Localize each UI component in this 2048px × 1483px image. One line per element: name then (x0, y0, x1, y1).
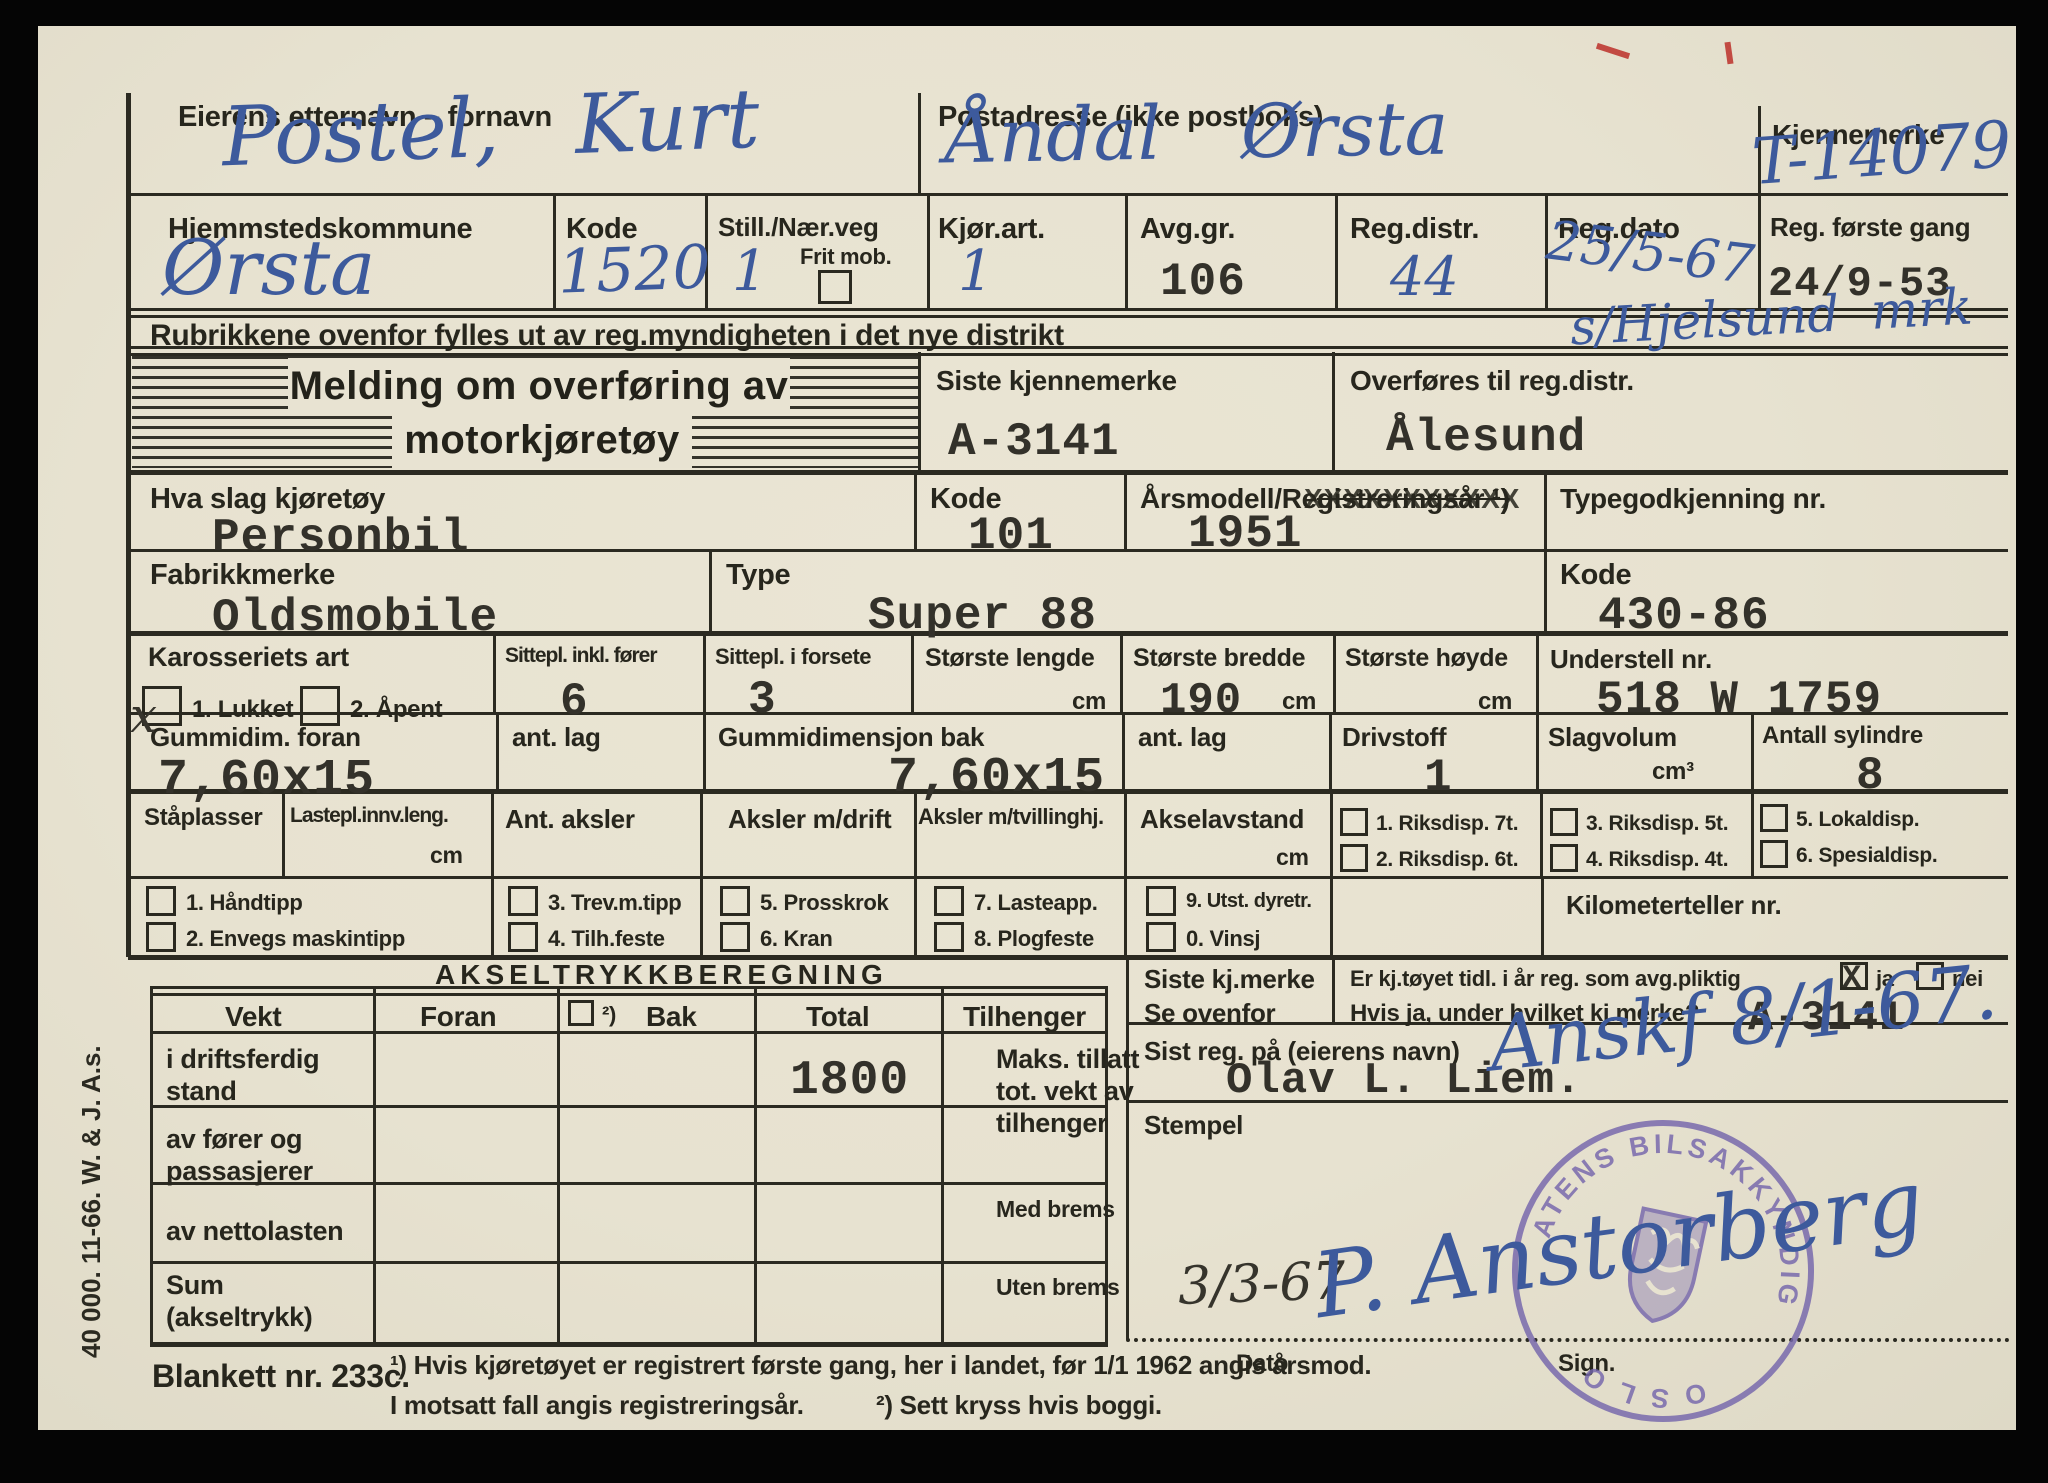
akselavstand-unit: cm (1276, 844, 1309, 871)
bredde-value: 190 (1160, 676, 1242, 726)
vehicle-kode-value: 101 (968, 510, 1054, 562)
uten-brems-label: Uten brems (996, 1274, 1120, 1301)
rule-h (128, 470, 2008, 475)
gummi-bak-label: Gummidimensjon bak (718, 722, 984, 753)
rule-v (918, 93, 921, 193)
gummi-foran-value: 7,60x15 (158, 752, 375, 809)
ant-lag2-label: ant. lag (1138, 722, 1227, 753)
rule-v (700, 791, 703, 876)
rule-v (491, 878, 494, 955)
rule-h (128, 876, 2008, 879)
type-label: Type (726, 558, 790, 592)
footnote-1: ¹) Hvis kjøretøyet er registrert første … (390, 1350, 1371, 1381)
kran-label: 6. Kran (760, 926, 832, 952)
kran-checkbox (720, 922, 750, 952)
gummi-foran-label: Gummidim. foran (150, 722, 361, 753)
rule-v (703, 633, 706, 712)
tilhenger-note: Maks. tillatt tot. vekt av tilhenger (996, 1044, 1139, 1140)
rule-v (700, 878, 703, 955)
rule-v (1330, 791, 1333, 876)
table-row1-label: i driftsferdig stand (166, 1044, 319, 1108)
form-title-line1: Melding om overføring av (288, 358, 790, 414)
blankett-number: Blankett nr. 233c. (152, 1358, 410, 1396)
kode-handwriting: 1520 (557, 237, 712, 302)
rule-v (1126, 957, 1129, 1340)
dyretr-checkbox (1146, 886, 1176, 916)
drift-label: Aksler m/drift (728, 804, 891, 835)
frit-mob-checkbox (818, 270, 852, 304)
siste-kjmerke-label: Siste kj.merke (1144, 964, 1315, 995)
still-handwriting: 1 (732, 244, 768, 300)
rule-v (1751, 791, 1754, 876)
envegs-label: 2. Envegs maskintipp (186, 926, 405, 952)
kode2-label: Kode (1560, 558, 1631, 592)
plate-handwriting: T-14079 (1750, 113, 2013, 195)
regdistr-label: Reg.distr. (1350, 212, 1479, 246)
sylindre-label: Antall sylindre (1762, 722, 1923, 750)
rule-v (703, 714, 706, 789)
address-handwriting: Åndal Ørsta (944, 92, 1449, 175)
rule-v (709, 551, 712, 631)
kilometerteller-label: Kilometerteller nr. (1566, 890, 1781, 921)
rule-v (1536, 714, 1539, 789)
regforste-label: Reg. første gang (1770, 212, 1970, 243)
rule-v (941, 986, 944, 1344)
frit-mob-label: Frit mob. (800, 244, 891, 270)
lasteapp-label: 7. Lasteapp. (974, 890, 1098, 916)
understell-value: 518 W 1759 (1596, 674, 1882, 726)
typegodkjenning-label: Typegodkjenning nr. (1560, 482, 1826, 515)
slagvolum-label: Slagvolum (1548, 722, 1677, 753)
table-header-foran: Foran (420, 1000, 496, 1033)
lokaldisp-checkbox (1760, 804, 1788, 832)
rule-v (1330, 878, 1333, 955)
handtipp-checkbox (146, 886, 176, 916)
table-row4-label: Sum (akseltrykk) (166, 1270, 313, 1334)
drivstoff-label: Drivstoff (1342, 722, 1446, 753)
table-header-tilhenger: Tilhenger (963, 1000, 1086, 1033)
hoyde-unit: cm (1478, 688, 1512, 716)
rule-v (1332, 352, 1335, 470)
kode2-value: 430-86 (1598, 590, 1770, 642)
rule-v (1329, 714, 1332, 789)
rule-v (1122, 714, 1125, 789)
sitte2-label: Sittepl. i forsete (715, 644, 871, 670)
spesialdisp-checkbox (1760, 840, 1788, 868)
riksdisp5-checkbox (1550, 808, 1578, 836)
lengde-label: Største lengde (925, 644, 1094, 674)
riksdisp6-checkbox (1340, 844, 1368, 872)
owner-handwriting: Postel, Kurt (221, 79, 761, 180)
kommune-handwriting: Ørsta (162, 230, 376, 306)
bredde-unit: cm (1282, 688, 1316, 716)
sitte1-value: 6 (560, 676, 589, 728)
lengde-unit: cm (1072, 688, 1106, 716)
print-imprint-text: 40 000. 11-66. W. & J. A.s. (76, 1045, 107, 1358)
rule-v (914, 878, 917, 955)
rule-v (493, 633, 496, 712)
overfores-label: Overføres til reg.distr. (1350, 364, 1634, 397)
rule-h (150, 1261, 1108, 1264)
gummi-bak-value: 7,60x15 (888, 750, 1105, 807)
table-header-total: Total (806, 1000, 869, 1033)
rule-v (1541, 878, 1544, 955)
vinsj-checkbox (1146, 922, 1176, 952)
rule-v (1120, 633, 1123, 712)
avggr-value: 106 (1160, 256, 1246, 308)
lastepl-label: Lastepl.innv.leng. (290, 804, 448, 829)
rule-h (150, 1342, 1108, 1347)
ant-lag1-label: ant. lag (512, 722, 601, 753)
riksdisp5-label: 3. Riksdisp. 5t. (1586, 812, 1728, 837)
sitte2-value: 3 (748, 674, 777, 726)
notice-text: Rubrikkene ovenfor fylles ut av reg.mynd… (150, 318, 1064, 353)
akseltrykk-title: AKSELTRYKKBEREGNING (435, 958, 888, 991)
regdistr-handwriting: 44 (1390, 250, 1459, 304)
rule-h (128, 955, 2008, 960)
lokaldisp-label: 5. Lokaldisp. (1796, 808, 1919, 833)
form-title-line2: motorkjøretøy (392, 412, 692, 468)
lukket-label: 1. Lukket (192, 696, 293, 724)
kjorart-handwriting: 1 (958, 244, 994, 300)
type-value: Super 88 (868, 590, 1097, 642)
apent-checkbox (300, 686, 340, 726)
lasteapp-checkbox (934, 886, 964, 916)
lastepl-unit: cm (430, 842, 463, 869)
rule-v (557, 986, 560, 1344)
rule-v (1335, 196, 1338, 310)
table-header-bak: Bak (646, 1000, 696, 1033)
plogfeste-label: 8. Plogfeste (974, 926, 1094, 952)
table-header-vekt: Vekt (225, 1000, 281, 1033)
fabrikk-label: Fabrikkmerke (150, 558, 335, 592)
riksdisp4-label: 4. Riksdisp. 4t. (1586, 848, 1728, 873)
tilhfeste-checkbox (508, 922, 538, 952)
rule-v (914, 474, 917, 549)
apent-label: 2. Åpent (350, 696, 442, 724)
table-row3-label: av nettolasten (166, 1216, 343, 1248)
sylindre-value: 8 (1856, 750, 1885, 802)
drivstoff-value: 1 (1424, 752, 1453, 804)
med-brems-label: Med brems (996, 1196, 1115, 1223)
bredde-label: Største bredde (1133, 644, 1305, 674)
table-header-bak-sup: ²) (602, 1002, 616, 1028)
rule-v (927, 196, 930, 310)
trev-label: 3. Trev.m.tipp (548, 890, 681, 916)
avggr-label: Avg.gr. (1140, 212, 1235, 246)
rule-v (1332, 957, 1335, 1023)
lukket-check-mark: x (130, 692, 157, 740)
total-value: 1800 (790, 1054, 909, 1108)
akselavstand-label: Akselavstand (1140, 804, 1304, 835)
rule-v (1544, 474, 1547, 549)
rule-v (553, 196, 556, 310)
prosskrok-label: 5. Prosskrok (760, 890, 888, 916)
riksdisp6-label: 2. Riksdisp. 6t. (1376, 848, 1518, 873)
sitte1-label: Sittepl. inkl. fører (505, 644, 657, 669)
slagvolum-unit: cm³ (1652, 758, 1694, 786)
antaksler-label: Ant. aksler (505, 804, 635, 835)
arsmodell-value: 1951 (1188, 508, 1302, 560)
overfores-value: Ålesund (1386, 412, 1586, 464)
scanned-form: Melding om overføring av motorkjøretøy E… (0, 0, 2048, 1483)
karosseri-label: Karosseriets art (148, 642, 349, 674)
rule-v (1125, 196, 1128, 310)
rule-v (491, 791, 494, 876)
rule-v (911, 633, 914, 712)
hoyde-label: Største høyde (1345, 644, 1508, 674)
rule-v (1540, 791, 1543, 876)
rule-v (1333, 633, 1336, 712)
staplasser-label: Ståplasser (144, 804, 262, 832)
footnote-3: ²) Sett kryss hvis boggi. (876, 1390, 1162, 1421)
stempel-label: Stempel (1144, 1110, 1243, 1141)
tvilling-label: Aksler m/tvillinghj. (918, 804, 1104, 830)
rule-v (1124, 791, 1127, 876)
rule-v (496, 714, 499, 789)
plogfeste-checkbox (934, 922, 964, 952)
rule-v (1544, 551, 1547, 631)
siste-kjennemerke-value: A-3141 (948, 416, 1120, 468)
rule-v (150, 986, 153, 1344)
envegs-checkbox (146, 922, 176, 952)
fabrikk-value: Oldsmobile (212, 592, 498, 644)
trev-checkbox (508, 886, 538, 916)
rule-v (1124, 878, 1127, 955)
rule-v (918, 352, 921, 470)
boggi-checkbox (568, 1000, 594, 1026)
tilhfeste-label: 4. Tilh.feste (548, 926, 665, 952)
footnote-2: I motsatt fall angis registreringsår. (390, 1390, 804, 1421)
rule-h (128, 193, 2008, 196)
riksdisp7-label: 1. Riksdisp. 7t. (1376, 812, 1518, 837)
understell-label: Understell nr. (1550, 644, 1712, 675)
se-ovenfor-label: Se ovenfor (1144, 998, 1275, 1029)
siste-kjennemerke-label: Siste kjennemerke (936, 364, 1177, 397)
vinsj-label: 0. Vinsj (1186, 926, 1260, 952)
riksdisp7-checkbox (1340, 808, 1368, 836)
rule-v (1124, 474, 1127, 549)
prosskrok-checkbox (720, 886, 750, 916)
rule-v (373, 986, 376, 1344)
rule-v (754, 986, 757, 1344)
arsmodell-overstrike: XXXXXXXXXXX (1304, 482, 1520, 515)
slag-value: Personbil (212, 512, 469, 564)
rule-v (126, 93, 131, 957)
spesialdisp-label: 6. Spesialdisp. (1796, 844, 1937, 869)
handtipp-label: 1. Håndtipp (186, 890, 302, 916)
rule-v (1536, 633, 1539, 712)
riksdisp4-checkbox (1550, 844, 1578, 872)
dyretr-label: 9. Utst. dyretr. (1186, 890, 1311, 914)
table-row2-label: av fører og passasjerer (166, 1124, 313, 1188)
